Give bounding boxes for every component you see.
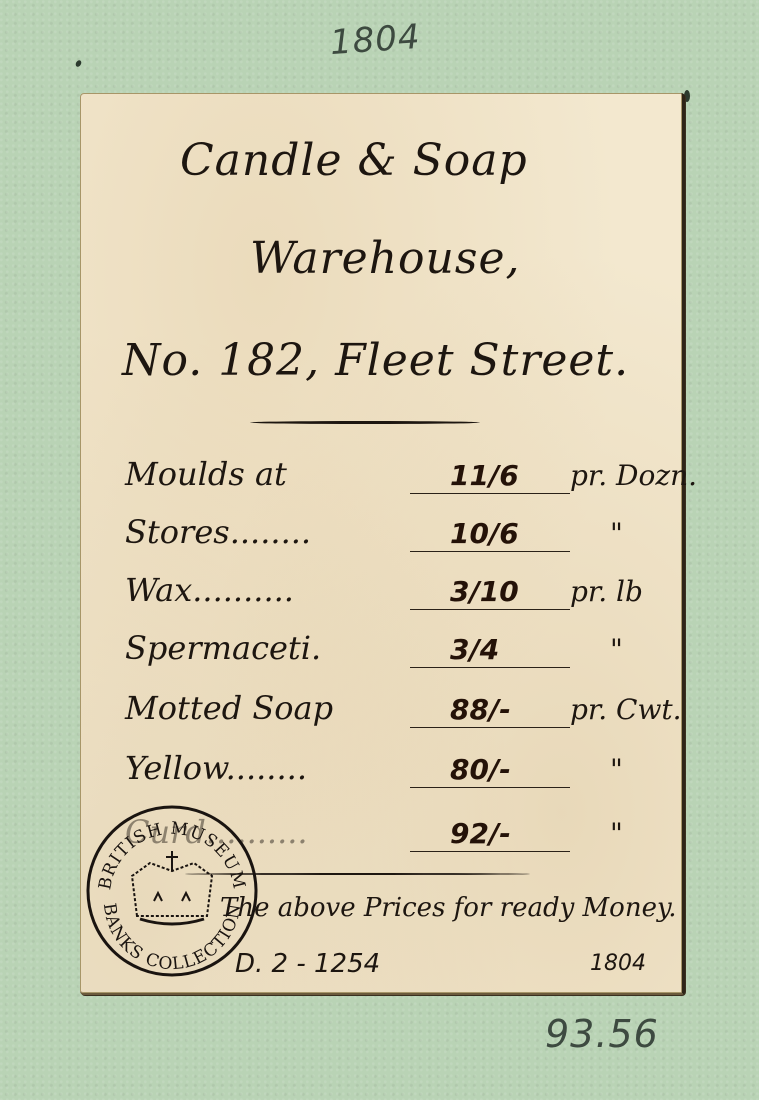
museum-stamp: BRITISH MUSEUM BANKS COLLECTION [82, 801, 262, 981]
crown-icon [132, 851, 212, 924]
price-row: Yellow........ 80/- " [125, 749, 685, 801]
price-row: Stores........ 10/6 " [125, 513, 685, 565]
trade-card: Candle & Soap Warehouse, No. 182, Fleet … [80, 93, 685, 995]
card-address: No. 182, Fleet Street. [122, 335, 629, 386]
price-row: Wax.......... 3/10 pr. lb [125, 571, 685, 623]
pencil-date-top: 1804 [329, 17, 422, 63]
card-title-line-1: Candle & Soap [180, 135, 528, 186]
year-annotation: 1804 [590, 951, 646, 976]
item-unit: " [610, 517, 623, 550]
item-price: 11/6 [450, 459, 519, 492]
item-price: 10/6 [450, 517, 519, 550]
price-row: Motted Soap 88/- pr. Cwt. [125, 689, 685, 741]
stamp-bottom-text: BANKS COLLECTION [99, 902, 246, 975]
item-name: Spermaceti. [125, 629, 321, 667]
item-name: Yellow........ [125, 749, 307, 787]
item-unit: pr. Dozn. [570, 459, 697, 492]
item-name: Stores........ [125, 513, 311, 551]
card-title-line-2: Warehouse, [250, 233, 520, 284]
item-price: 92/- [450, 817, 511, 850]
leader-line [410, 787, 570, 789]
price-row: Spermaceti. 3/4 " [125, 629, 685, 681]
ink-speck [75, 59, 83, 68]
leader-line [410, 851, 570, 853]
item-name: Motted Soap [125, 689, 333, 727]
item-name: Wax.......... [125, 571, 294, 609]
footer-note: The above Prices for ready Money. [220, 893, 676, 923]
leader-line [410, 493, 570, 495]
item-unit: " [610, 633, 623, 666]
item-price: 80/- [450, 753, 511, 786]
item-unit: " [610, 817, 623, 850]
item-unit: " [610, 753, 623, 786]
price-row: Moulds at 11/6 pr. Dozn. [125, 455, 685, 507]
item-name: Moulds at [125, 455, 287, 493]
svg-text:BANKS COLLECTION: BANKS COLLECTION [99, 902, 246, 975]
item-unit: pr. lb [570, 575, 643, 608]
item-price: 88/- [450, 693, 511, 726]
pencil-reference-bottom: 93.56 [545, 1012, 659, 1056]
leader-line [410, 727, 570, 729]
item-price: 3/4 [450, 633, 499, 666]
leader-line [410, 551, 570, 553]
leader-line [410, 609, 570, 611]
divider-rule [250, 421, 480, 424]
item-price: 3/10 [450, 575, 519, 608]
item-unit: pr. Cwt. [570, 693, 682, 726]
leader-line [410, 667, 570, 669]
